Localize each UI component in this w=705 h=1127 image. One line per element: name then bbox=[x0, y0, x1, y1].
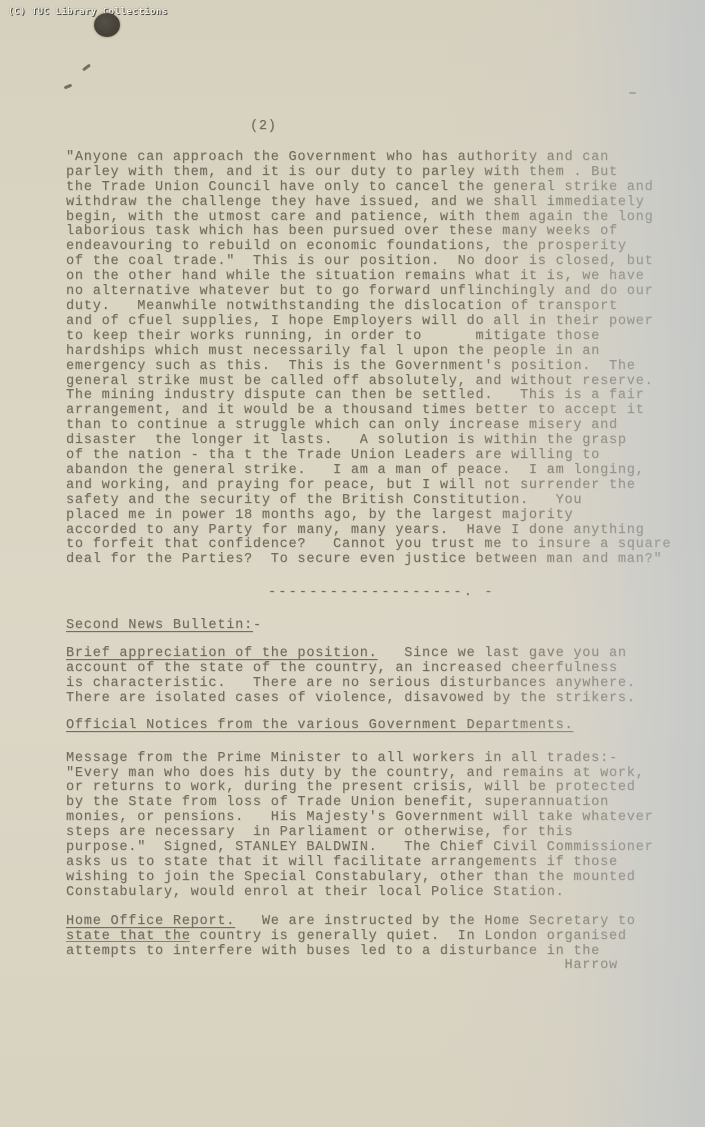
brief-appreciation-lead: Brief appreciation of the position. bbox=[66, 646, 378, 661]
pm-message-paragraph: Message from the Prime Minister to all w… bbox=[66, 752, 672, 901]
page-number: (2) bbox=[250, 120, 672, 135]
copyright-watermark: (C) TUC Library Collections bbox=[8, 7, 168, 17]
official-notices-heading-text: Official Notices from the various Govern… bbox=[66, 718, 573, 733]
home-office-paragraph: Home Office Report. We are instructed by… bbox=[66, 915, 672, 975]
second-news-bulletin-heading: Second News Bulletin:- bbox=[66, 619, 672, 634]
stray-underline-mark bbox=[66, 941, 190, 942]
official-notices-heading: Official Notices from the various Govern… bbox=[66, 719, 672, 734]
second-news-bulletin-heading-suffix: - bbox=[253, 618, 262, 633]
home-office-lead: Home Office Report. bbox=[66, 914, 235, 929]
second-news-bulletin-heading-text: Second News Bulletin: bbox=[66, 618, 253, 633]
separator-dashes: -------------------. - bbox=[268, 586, 672, 601]
ink-smudge bbox=[64, 84, 73, 90]
brief-appreciation-paragraph: Brief appreciation of the position. Sinc… bbox=[66, 647, 672, 707]
ink-smudge bbox=[82, 64, 91, 72]
baldwin-speech-paragraph: "Anyone can approach the Government who … bbox=[66, 151, 672, 568]
punch-hole bbox=[94, 13, 120, 37]
document-scan: (C) TUC Library Collections (2) "Anyone … bbox=[0, 0, 705, 1127]
ink-smudge bbox=[629, 92, 636, 94]
typewritten-content: (2) "Anyone can approach the Government … bbox=[66, 120, 672, 974]
